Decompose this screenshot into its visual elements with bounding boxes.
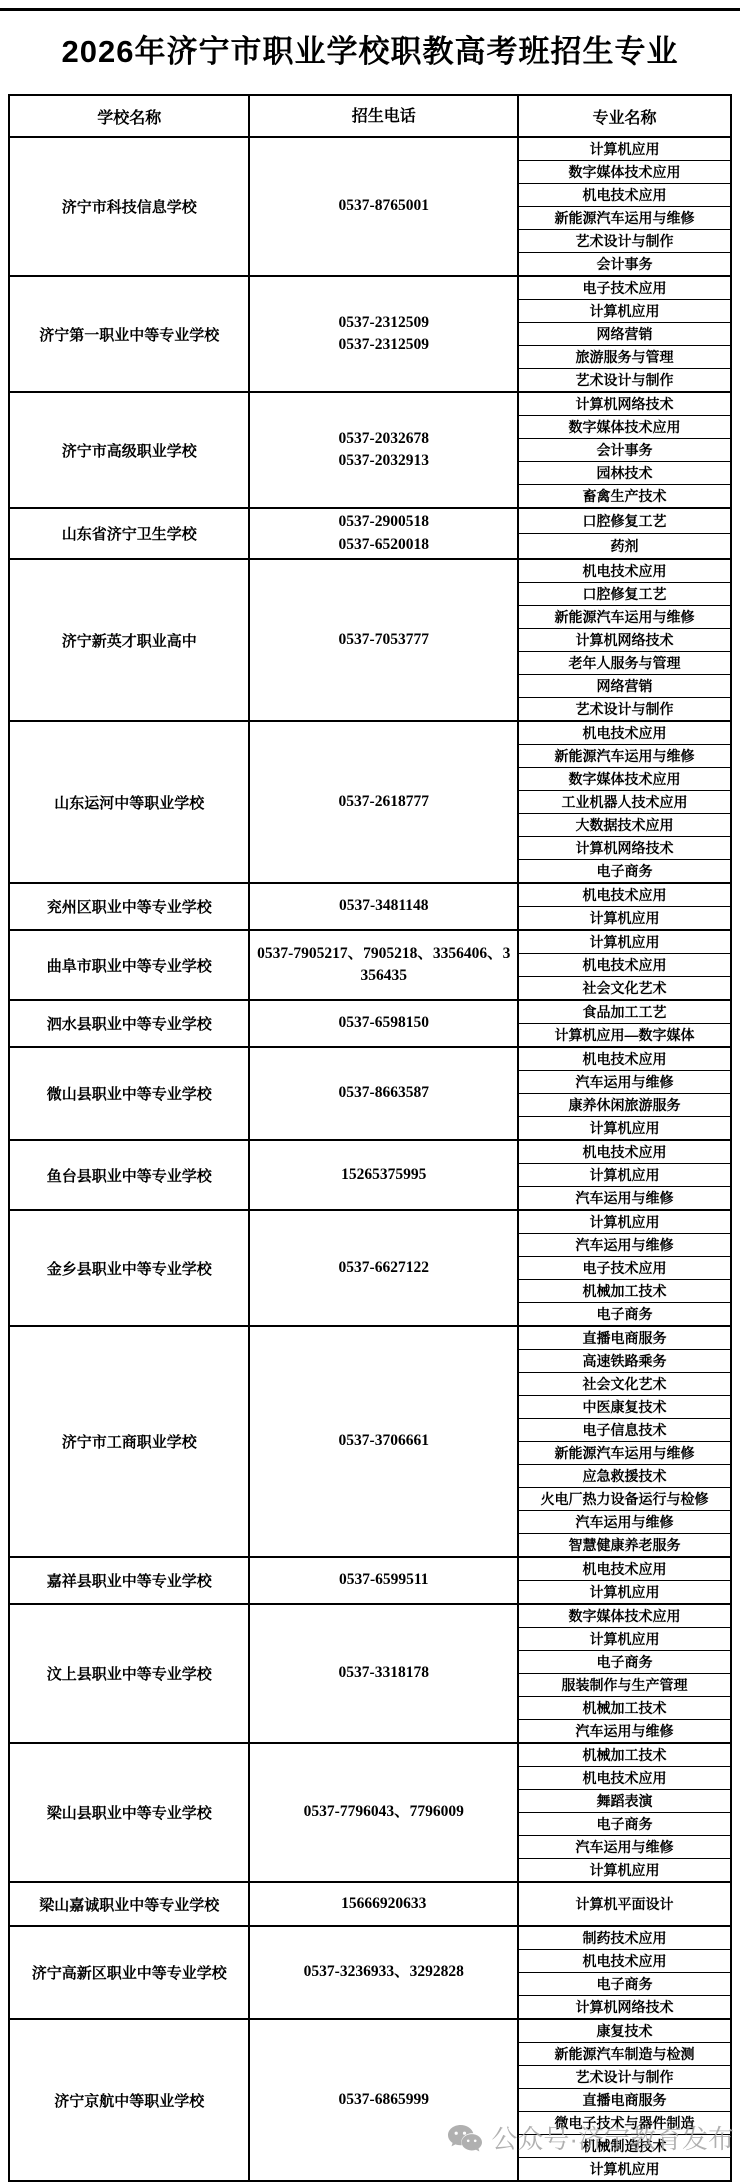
majors-column: 数字媒体技术应用计算机应用电子商务服装制作与生产管理机械加工技术汽车运用与维修 [519,1605,730,1742]
phone-number: 0537-8765001 [250,138,519,275]
major-name: 电子信息技术 [519,1418,730,1441]
major-name: 计算机应用 [519,1163,730,1186]
major-name: 机电技术应用 [519,1141,730,1163]
major-name: 艺术设计与制作 [519,697,730,720]
phone-line: 0537-2032913 [339,450,429,472]
majors-column: 直播电商服务高速铁路乘务社会文化艺术中医康复技术电子信息技术新能源汽车运用与维修… [519,1327,730,1556]
majors-column: 计算机应用机电技术应用社会文化艺术 [519,931,730,999]
majors-column: 计算机应用数字媒体技术应用机电技术应用新能源汽车运用与维修艺术设计与制作会计事务 [519,138,730,275]
table-row: 济宁高新区职业中等专业学校0537-3236933、3292828制药技术应用机… [10,1925,730,2018]
major-name: 艺术设计与制作 [519,368,730,391]
majors-column: 机电技术应用汽车运用与维修康养休闲旅游服务计算机应用 [519,1048,730,1139]
school-name: 济宁新英才职业高中 [10,560,250,720]
phone-line: 0537-3706661 [339,1430,429,1452]
major-name: 艺术设计与制作 [519,2065,730,2088]
major-name: 计算机应用 [519,1580,730,1603]
major-name: 微电子技术与器件制造 [519,2111,730,2134]
phone-number: 0537-7053777 [250,560,519,720]
major-name: 汽车运用与维修 [519,1835,730,1858]
table-header-row: 学校名称 招生电话 专业名称 [10,96,730,136]
school-name: 济宁第一职业中等专业学校 [10,277,250,391]
phone-line: 0537-2032678 [339,428,429,450]
table-row: 曲阜市职业中等专业学校0537-7905217、7905218、3356406、… [10,929,730,999]
majors-column: 食品加工工艺计算机应用—数字媒体 [519,1001,730,1046]
major-name: 大数据技术应用 [519,813,730,836]
major-name: 计算机应用 [519,138,730,160]
page-title: 2026年济宁市职业学校职教高考班招生专业 [0,11,740,94]
school-name: 济宁市科技信息学校 [10,138,250,275]
header-phone: 招生电话 [250,96,519,136]
majors-column: 机电技术应用计算机应用汽车运用与维修 [519,1141,730,1209]
phone-number: 0537-23125090537-2312509 [250,277,519,391]
phone-number: 0537-29005180537-6520018 [250,509,519,558]
major-name: 网络营销 [519,322,730,345]
phone-line: 0537-7796043、7796009 [304,1801,464,1823]
phone-number: 0537-7796043、7796009 [250,1744,519,1881]
table-row: 济宁市工商职业学校0537-3706661直播电商服务高速铁路乘务社会文化艺术中… [10,1325,730,1556]
major-name: 艺术设计与制作 [519,229,730,252]
major-name: 机电技术应用 [519,722,730,744]
majors-column: 电子技术应用计算机应用网络营销旅游服务与管理艺术设计与制作 [519,277,730,391]
major-name: 计算机应用 [519,906,730,929]
school-name: 金乡县职业中等专业学校 [10,1211,250,1325]
table-row: 兖州区职业中等专业学校0537-3481148机电技术应用计算机应用 [10,882,730,929]
major-name: 舞蹈表演 [519,1789,730,1812]
phone-number: 0537-3706661 [250,1327,519,1556]
phone-number: 0537-6598150 [250,1001,519,1046]
majors-column: 机电技术应用新能源汽车运用与维修数字媒体技术应用工业机器人技术应用大数据技术应用… [519,722,730,882]
majors-column: 机电技术应用计算机应用 [519,1558,730,1603]
table-row: 济宁市高级职业学校0537-20326780537-2032913计算机网络技术… [10,391,730,507]
phone-line: 0537-6520018 [339,534,429,556]
major-name: 计算机应用 [519,1211,730,1233]
majors-column: 机电技术应用口腔修复工艺新能源汽车运用与维修计算机网络技术老年人服务与管理网络营… [519,560,730,720]
major-name: 口腔修复工艺 [519,582,730,605]
phone-line: 0537-3481148 [339,895,429,917]
major-name: 电子商务 [519,1302,730,1325]
table-row: 微山县职业中等专业学校0537-8663587机电技术应用汽车运用与维修康养休闲… [10,1046,730,1139]
major-name: 计算机网络技术 [519,836,730,859]
major-name: 康养休闲旅游服务 [519,1093,730,1116]
school-name: 山东省济宁卫生学校 [10,509,250,558]
majors-column: 计算机网络技术数字媒体技术应用会计事务园林技术畜禽生产技术 [519,393,730,507]
major-name: 机电技术应用 [519,884,730,906]
major-name: 计算机网络技术 [519,1995,730,2018]
major-name: 旅游服务与管理 [519,345,730,368]
school-name: 曲阜市职业中等专业学校 [10,931,250,999]
majors-column: 口腔修复工艺药剂 [519,509,730,558]
table-row: 泗水县职业中等专业学校0537-6598150食品加工工艺计算机应用—数字媒体 [10,999,730,1046]
major-name: 工业机器人技术应用 [519,790,730,813]
major-name: 计算机应用 [519,2157,730,2180]
phone-line: 0537-6627122 [339,1257,429,1279]
major-name: 口腔修复工艺 [519,509,730,533]
majors-column: 机械加工技术机电技术应用舞蹈表演电子商务汽车运用与维修计算机应用 [519,1744,730,1881]
phone-line: 15666920633 [341,1893,426,1915]
table-row: 济宁第一职业中等专业学校0537-23125090537-2312509电子技术… [10,275,730,391]
major-name: 电子技术应用 [519,1256,730,1279]
major-name: 应急救援技术 [519,1464,730,1487]
table-row: 金乡县职业中等专业学校0537-6627122计算机应用汽车运用与维修电子技术应… [10,1209,730,1325]
major-name: 计算机平面设计 [519,1883,730,1925]
phone-line: 0537-7905217、7905218、3356406、3356435 [254,943,513,988]
phone-number: 0537-3318178 [250,1605,519,1742]
major-name: 机电技术应用 [519,183,730,206]
major-name: 新能源汽车运用与维修 [519,605,730,628]
major-name: 机械制造技术 [519,2134,730,2157]
school-name: 山东运河中等职业学校 [10,722,250,882]
school-name: 济宁市高级职业学校 [10,393,250,507]
table-row: 嘉祥县职业中等专业学校0537-6599511机电技术应用计算机应用 [10,1556,730,1603]
major-name: 机电技术应用 [519,560,730,582]
school-name: 济宁京航中等职业学校 [10,2020,250,2180]
major-name: 机电技术应用 [519,1949,730,1972]
major-name: 新能源汽车运用与维修 [519,744,730,767]
phone-line: 0537-3236933、3292828 [304,1961,464,1983]
document-page: 2026年济宁市职业学校职教高考班招生专业 学校名称 招生电话 专业名称 济宁市… [0,8,740,2182]
major-name: 汽车运用与维修 [519,1070,730,1093]
major-name: 电子商务 [519,859,730,882]
major-name: 计算机应用 [519,931,730,953]
table-row: 山东省济宁卫生学校0537-29005180537-6520018口腔修复工艺药… [10,507,730,558]
major-name: 汽车运用与维修 [519,1510,730,1533]
major-name: 电子技术应用 [519,277,730,299]
major-name: 数字媒体技术应用 [519,160,730,183]
major-name: 会计事务 [519,252,730,275]
table-row: 鱼台县职业中等专业学校15265375995机电技术应用计算机应用汽车运用与维修 [10,1139,730,1209]
table-row: 山东运河中等职业学校0537-2618777机电技术应用新能源汽车运用与维修数字… [10,720,730,882]
majors-column: 计算机应用汽车运用与维修电子技术应用机械加工技术电子商务 [519,1211,730,1325]
phone-line: 0537-2900518 [339,511,429,533]
major-name: 机械加工技术 [519,1696,730,1719]
major-name: 制药技术应用 [519,1927,730,1949]
major-name: 药剂 [519,533,730,558]
phone-line: 0537-6598150 [339,1012,429,1034]
major-name: 汽车运用与维修 [519,1233,730,1256]
majors-column: 制药技术应用机电技术应用电子商务计算机网络技术 [519,1927,730,2018]
major-name: 数字媒体技术应用 [519,415,730,438]
phone-line: 0537-2312509 [339,334,429,356]
phone-number: 0537-20326780537-2032913 [250,393,519,507]
major-name: 计算机应用 [519,1858,730,1881]
major-name: 数字媒体技术应用 [519,767,730,790]
school-name: 汶上县职业中等专业学校 [10,1605,250,1742]
major-name: 老年人服务与管理 [519,651,730,674]
major-name: 园林技术 [519,461,730,484]
major-name: 计算机网络技术 [519,628,730,651]
major-name: 机电技术应用 [519,1048,730,1070]
major-name: 食品加工工艺 [519,1001,730,1023]
major-name: 社会文化艺术 [519,976,730,999]
phone-number: 0537-2618777 [250,722,519,882]
phone-number: 0537-3481148 [250,884,519,929]
school-name: 微山县职业中等专业学校 [10,1048,250,1139]
major-name: 社会文化艺术 [519,1372,730,1395]
school-name: 嘉祥县职业中等专业学校 [10,1558,250,1603]
header-major-name: 专业名称 [519,96,730,136]
phone-number: 0537-6599511 [250,1558,519,1603]
phone-line: 0537-2312509 [339,312,429,334]
major-name: 计算机应用 [519,1627,730,1650]
major-name: 新能源汽车制造与检测 [519,2042,730,2065]
major-name: 新能源汽车运用与维修 [519,206,730,229]
major-name: 计算机应用—数字媒体 [519,1023,730,1046]
majors-column: 计算机平面设计 [519,1883,730,1925]
major-name: 数字媒体技术应用 [519,1605,730,1627]
major-name: 中医康复技术 [519,1395,730,1418]
table-row: 济宁京航中等职业学校0537-6865999康复技术新能源汽车制造与检测艺术设计… [10,2018,730,2180]
table-row: 梁山县职业中等专业学校0537-7796043、7796009机械加工技术机电技… [10,1742,730,1881]
table-row: 梁山嘉诚职业中等专业学校15666920633计算机平面设计 [10,1881,730,1925]
major-name: 汽车运用与维修 [519,1186,730,1209]
phone-line: 0537-7053777 [339,629,429,651]
majors-column: 机电技术应用计算机应用 [519,884,730,929]
major-name: 机械加工技术 [519,1744,730,1766]
major-name: 直播电商服务 [519,1327,730,1349]
major-name: 网络营销 [519,674,730,697]
phone-line: 0537-2618777 [339,791,429,813]
school-name: 兖州区职业中等专业学校 [10,884,250,929]
phone-number: 0537-8663587 [250,1048,519,1139]
major-name: 电子商务 [519,1812,730,1835]
school-name: 济宁市工商职业学校 [10,1327,250,1556]
major-name: 康复技术 [519,2020,730,2042]
table-row: 汶上县职业中等专业学校0537-3318178数字媒体技术应用计算机应用电子商务… [10,1603,730,1742]
header-school-name: 学校名称 [10,96,250,136]
phone-number: 0537-6627122 [250,1211,519,1325]
phone-line: 0537-6599511 [339,1569,429,1591]
phone-number: 15666920633 [250,1883,519,1925]
phone-number: 0537-6865999 [250,2020,519,2180]
phone-number: 0537-3236933、3292828 [250,1927,519,2018]
phone-line: 0537-8663587 [339,1082,429,1104]
phone-line: 0537-8765001 [339,195,429,217]
major-name: 电子商务 [519,1972,730,1995]
enrollment-table: 学校名称 招生电话 专业名称 济宁市科技信息学校0537-8765001计算机应… [8,94,732,2182]
school-name: 济宁高新区职业中等专业学校 [10,1927,250,2018]
phone-line: 0537-3318178 [339,1662,429,1684]
major-name: 新能源汽车运用与维修 [519,1441,730,1464]
table-row: 济宁新英才职业高中0537-7053777机电技术应用口腔修复工艺新能源汽车运用… [10,558,730,720]
major-name: 汽车运用与维修 [519,1719,730,1742]
major-name: 直播电商服务 [519,2088,730,2111]
major-name: 智慧健康养老服务 [519,1533,730,1556]
major-name: 计算机应用 [519,299,730,322]
major-name: 会计事务 [519,438,730,461]
phone-line: 0537-6865999 [339,2089,429,2111]
phone-line: 15265375995 [341,1164,426,1186]
school-name: 梁山嘉诚职业中等专业学校 [10,1883,250,1925]
phone-number: 0537-7905217、7905218、3356406、3356435 [250,931,519,999]
major-name: 机电技术应用 [519,1558,730,1580]
major-name: 服装制作与生产管理 [519,1673,730,1696]
major-name: 高速铁路乘务 [519,1349,730,1372]
phone-number: 15265375995 [250,1141,519,1209]
major-name: 计算机应用 [519,1116,730,1139]
school-name: 鱼台县职业中等专业学校 [10,1141,250,1209]
major-name: 火电厂热力设备运行与检修 [519,1487,730,1510]
school-name: 泗水县职业中等专业学校 [10,1001,250,1046]
major-name: 计算机网络技术 [519,393,730,415]
major-name: 机电技术应用 [519,953,730,976]
major-name: 机械加工技术 [519,1279,730,1302]
major-name: 电子商务 [519,1650,730,1673]
major-name: 机电技术应用 [519,1766,730,1789]
majors-column: 康复技术新能源汽车制造与检测艺术设计与制作直播电商服务微电子技术与器件制造机械制… [519,2020,730,2180]
school-name: 梁山县职业中等专业学校 [10,1744,250,1881]
table-row: 济宁市科技信息学校0537-8765001计算机应用数字媒体技术应用机电技术应用… [10,136,730,275]
major-name: 畜禽生产技术 [519,484,730,507]
